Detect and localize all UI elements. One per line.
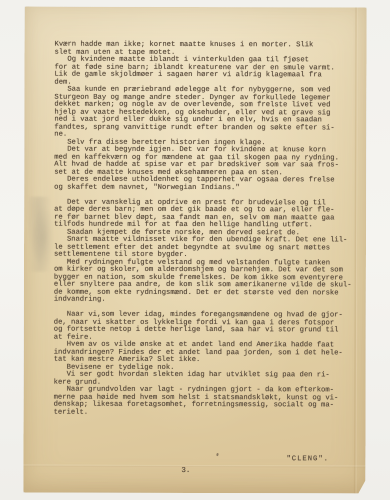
page-number: 3. [181, 467, 190, 475]
document-page: Kværn hadde man ikke; kornet maatte knus… [23, 7, 366, 494]
paper-crease [353, 7, 357, 493]
typewritten-body-text: Kværn hadde man ikke; kornet maatte knus… [54, 42, 353, 418]
scan-background: Kværn hadde man ikke; kornet maatte knus… [0, 0, 390, 500]
paper-crease [23, 465, 365, 468]
stray-ink-mark [216, 453, 219, 456]
ink-bleedthrough-smudge [28, 197, 54, 272]
signature: "CLENG". [286, 455, 329, 463]
